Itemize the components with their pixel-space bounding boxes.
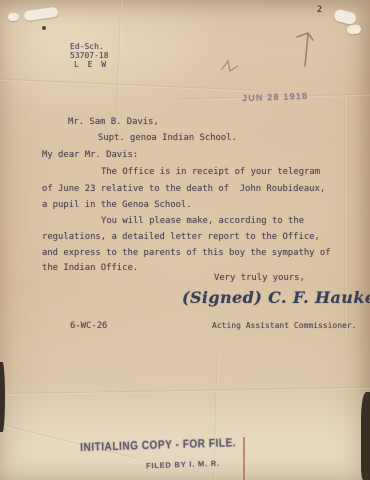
body-line: and express to the parents of this boy t… bbox=[42, 249, 331, 258]
crease-vertical-left bbox=[116, 0, 123, 130]
body-line: a pupil in the Genoa School. bbox=[42, 201, 192, 210]
filed-by-stamp: FILED BY I. M. R. bbox=[146, 459, 220, 471]
recipient-title: Supt. genoa Indian School. bbox=[98, 134, 237, 143]
paper-damage-spot bbox=[347, 24, 362, 34]
file-code: 6-WC-26 bbox=[70, 322, 107, 331]
page-number: 2 bbox=[317, 5, 322, 15]
pencil-check-mark bbox=[292, 28, 326, 70]
reference-code-line2: 53707-18 bbox=[70, 52, 109, 60]
paper-damage-spot bbox=[23, 7, 58, 22]
crease-horizontal-top bbox=[0, 78, 252, 91]
paper-speck bbox=[42, 26, 46, 30]
red-ink-line bbox=[243, 437, 245, 480]
body-line: The Office is in receipt of your telegra… bbox=[101, 168, 320, 177]
signer-title: Acting Assistant Commissioner. bbox=[212, 322, 357, 330]
salutation: My dear Mr. Davis: bbox=[42, 151, 138, 160]
body-line: the Indian Office. bbox=[42, 264, 138, 273]
paper-damage-spot bbox=[8, 13, 19, 21]
body-line: You will please make, according to the bbox=[101, 217, 304, 226]
body-line: of June 23 relative to the death of John… bbox=[42, 185, 325, 194]
initialing-copy-stamp: INITIALING COPY - FOR FILE. bbox=[80, 436, 236, 454]
pencil-squiggle-mark bbox=[218, 56, 244, 76]
reference-code-line1: Ed-Sch. bbox=[70, 43, 104, 51]
torn-edge-left bbox=[0, 362, 5, 432]
scanned-letter-page: 2 Ed-Sch. 53707-18 L E W JUN 28 1918 Mr.… bbox=[0, 0, 370, 480]
body-line: regulations, a detailed letter report to… bbox=[42, 233, 320, 242]
recipient-name: Mr. Sam B. Davis, bbox=[68, 118, 159, 127]
closing-phrase: Very truly yours, bbox=[214, 274, 305, 283]
torn-edge-right bbox=[361, 392, 370, 480]
received-date-stamp: JUN 28 1918 bbox=[242, 91, 309, 103]
crease-horizontal-bottom bbox=[0, 387, 370, 395]
reference-initials: L E W bbox=[74, 61, 108, 69]
paper-damage-spot bbox=[333, 9, 357, 26]
signature-stamp: (Signed) C. F. Hauke bbox=[182, 288, 370, 307]
